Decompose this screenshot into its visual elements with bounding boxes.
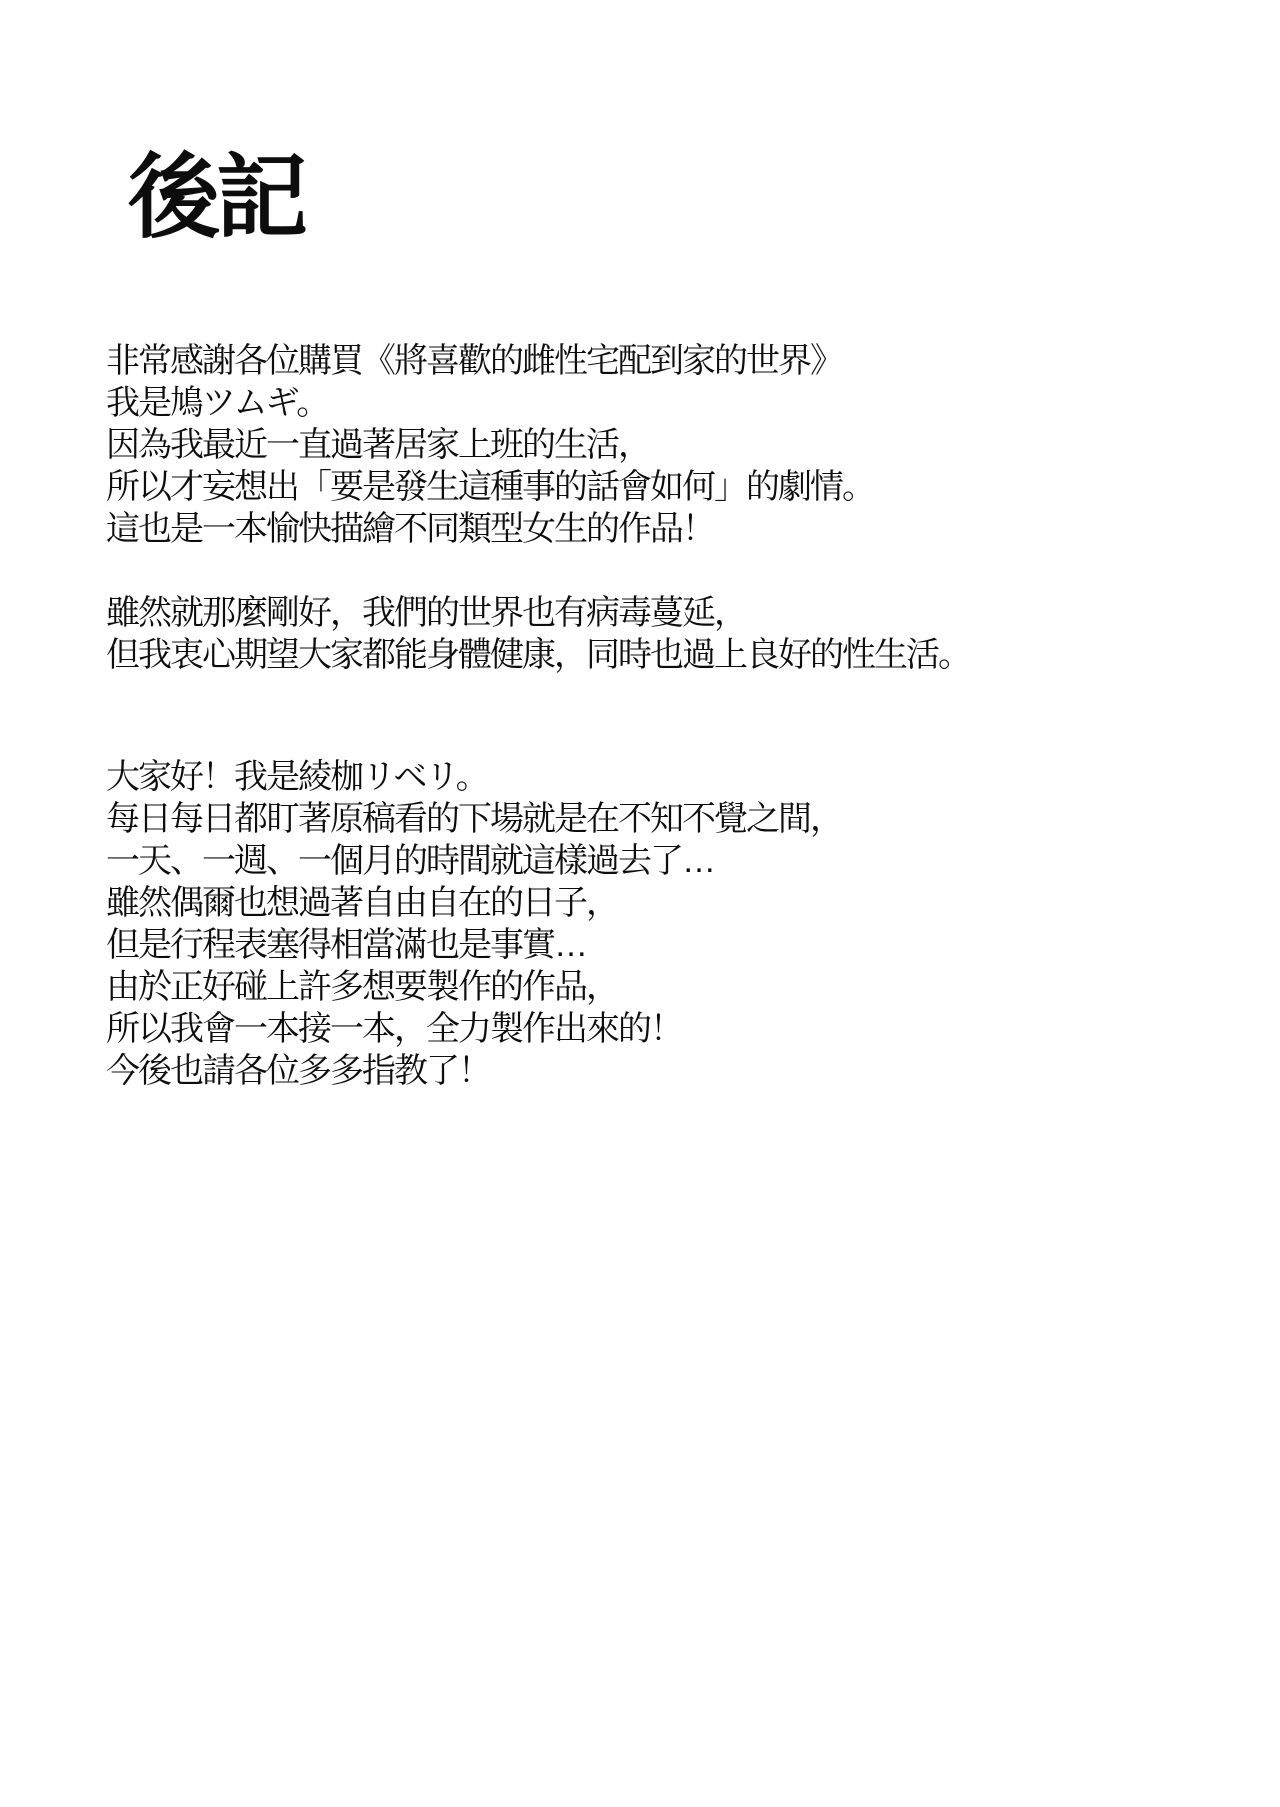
text-line: 大家好！我是綾枷リベリ。 — [106, 756, 1206, 798]
paragraph-author1-wishes: 雖然就那麼剛好，我們的世界也有病毒蔓延， 但我衷心期望大家都能身體健康，同時也過… — [106, 592, 1206, 676]
page-title: 後記 — [128, 146, 304, 252]
text-line: 我是鳩ツムギ。 — [106, 382, 1206, 424]
afterword-page: 後記 非常感謝各位購買《將喜歡的雌性宅配到家的世界》 我是鳩ツムギ。 因為我最近… — [0, 0, 1280, 1807]
text-line: 這也是一本愉快描繪不同類型女生的作品！ — [106, 508, 1206, 550]
text-line: 但是行程表塞得相當滿也是事實… — [106, 924, 1206, 966]
text-line: 所以我會一本接一本，全力製作出來的！ — [106, 1008, 1206, 1050]
text-line: 由於正好碰上許多想要製作的作品， — [106, 966, 1206, 1008]
paragraph-author2-message: 大家好！我是綾枷リベリ。 每日每日都盯著原稿看的下場就是在不知不覺之間， 一天、… — [106, 756, 1206, 1092]
text-line: 所以才妄想出「要是發生這種事的話會如何」的劇情。 — [106, 466, 1206, 508]
text-line: 雖然就那麼剛好，我們的世界也有病毒蔓延， — [106, 592, 1206, 634]
text-line: 非常感謝各位購買《將喜歡的雌性宅配到家的世界》 — [106, 340, 1206, 382]
text-line: 但我衷心期望大家都能身體健康，同時也過上良好的性生活。 — [106, 634, 1206, 676]
text-line: 今後也請各位多多指教了！ — [106, 1050, 1206, 1092]
text-line: 因為我最近一直過著居家上班的生活， — [106, 424, 1206, 466]
text-line: 雖然偶爾也想過著自由自在的日子， — [106, 882, 1206, 924]
text-line: 每日每日都盯著原稿看的下場就是在不知不覺之間， — [106, 798, 1206, 840]
text-line: 一天、一週、一個月的時間就這樣過去了… — [106, 840, 1206, 882]
afterword-body: 非常感謝各位購買《將喜歡的雌性宅配到家的世界》 我是鳩ツムギ。 因為我最近一直過… — [106, 340, 1206, 1092]
paragraph-author1-thanks: 非常感謝各位購買《將喜歡的雌性宅配到家的世界》 我是鳩ツムギ。 因為我最近一直過… — [106, 340, 1206, 550]
